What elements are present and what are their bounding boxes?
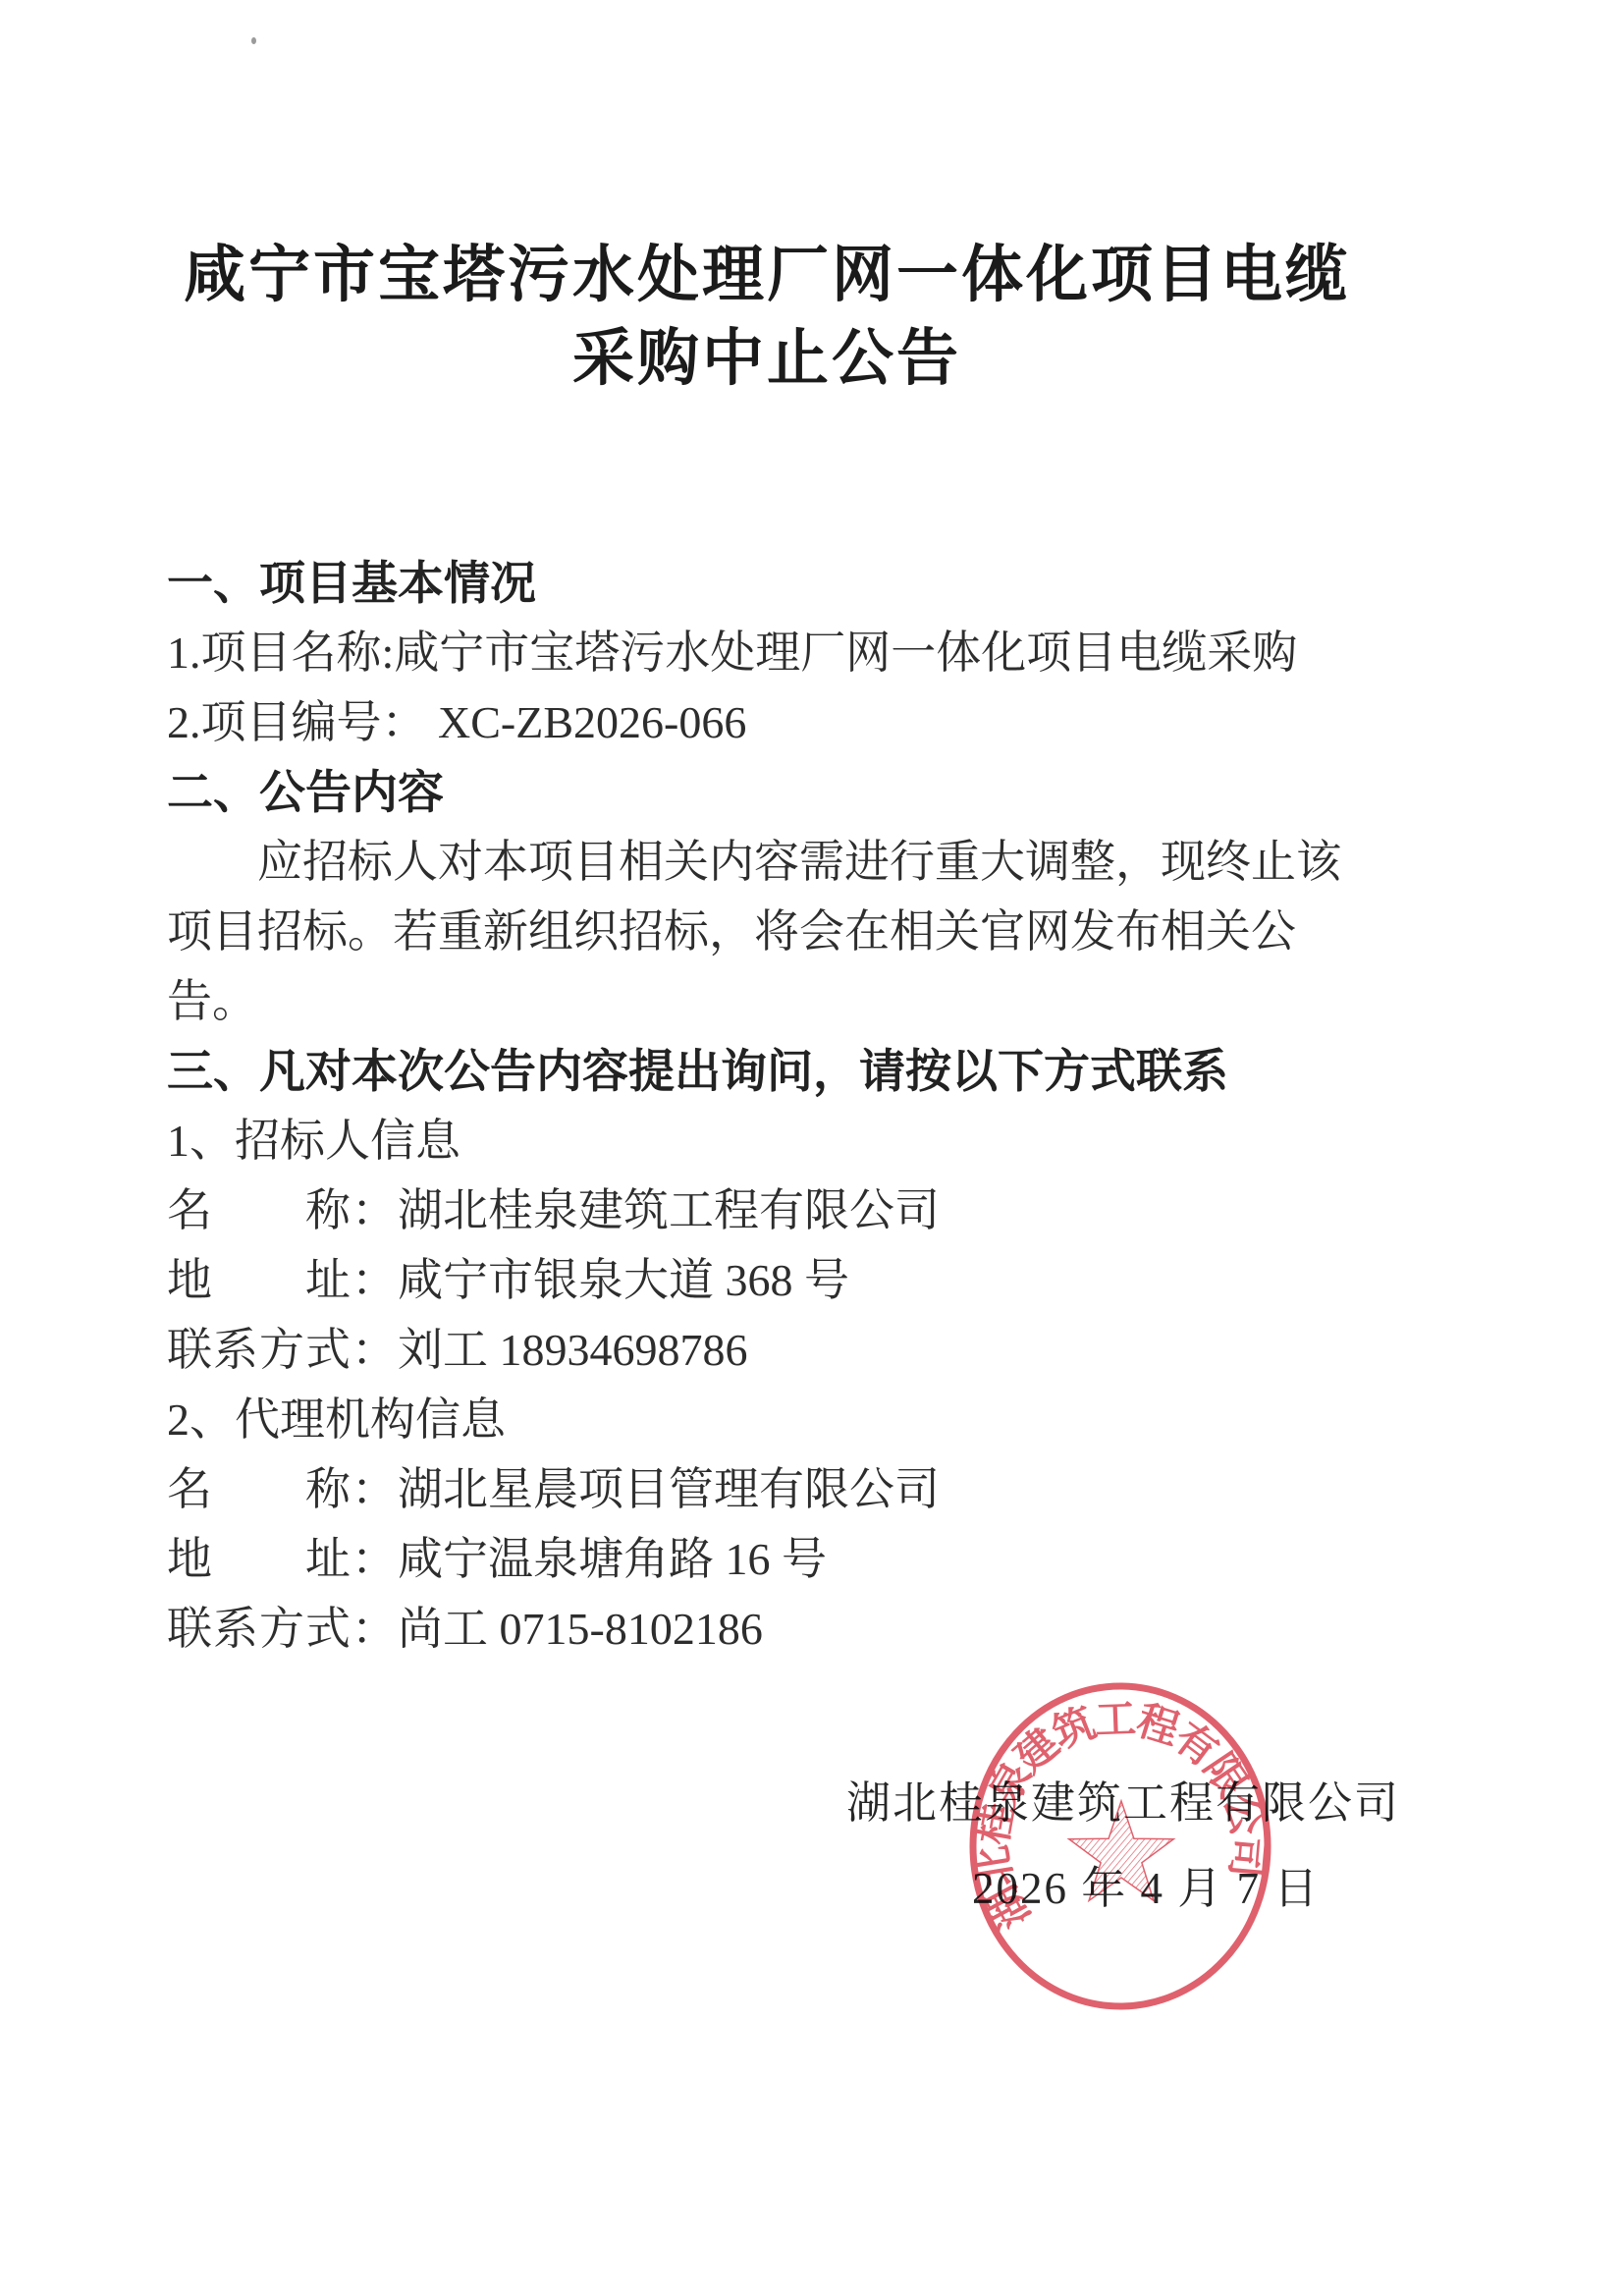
project-name-line: 1.项目名称:咸宁市宝塔污水处理厂网一体化项目电缆采购 [167,618,1367,687]
bidder-contact-value: 刘工 18934698786 [398,1325,748,1375]
document-page: 咸宁市宝塔污水处理厂网一体化项目电缆 采购中止公告 一、项目基本情况 1.项目名… [0,0,1623,2296]
agency-name-value: 湖北星晨项目管理有限公司 [398,1464,940,1514]
title-line-1: 咸宁市宝塔污水处理厂网一体化项目电缆 [167,234,1367,317]
bidder-info-heading: 1、招标人信息 [167,1106,1367,1175]
notice-paragraph-line-2: 项目招标。若重新组织招标，将会在相关官网发布相关公告。 [167,897,1367,1036]
section-1-heading: 一、项目基本情况 [167,548,1367,618]
agency-contact-value: 尚工 0715-8102186 [398,1604,763,1654]
bidder-name-label: 名 称： [167,1185,398,1235]
section-2-heading: 二、公告内容 [167,757,1367,827]
bidder-address-label: 地 址： [167,1255,398,1305]
agency-contact-row: 联系方式：尚工 0715-8102186 [167,1594,1367,1664]
section-3-heading: 三、凡对本次公告内容提出询问，请按以下方式联系 [167,1036,1367,1106]
title-line-2: 采购中止公告 [167,317,1367,401]
document-title: 咸宁市宝塔污水处理厂网一体化项目电缆 采购中止公告 [167,234,1367,401]
agency-name-row: 名 称：湖北星晨项目管理有限公司 [167,1454,1367,1524]
bidder-address-row: 地 址：咸宁市银泉大道 368 号 [167,1245,1367,1315]
bidder-contact-row: 联系方式：刘工 18934698786 [167,1315,1367,1385]
agency-address-value: 咸宁温泉塘角路 16 号 [398,1534,827,1584]
company-seal-stamp: 湖北桂泉建筑工程有限公司 [964,1679,1276,2013]
notice-paragraph-line-1: 应招标人对本项目相关内容需进行重大调整，现终止该 [167,827,1367,897]
agency-name-label: 名 称： [167,1464,398,1514]
bidder-contact-label: 联系方式： [167,1325,398,1375]
bidder-name-value: 湖北桂泉建筑工程有限公司 [398,1185,940,1235]
agency-address-label: 地 址： [167,1534,398,1584]
agency-info-heading: 2、代理机构信息 [167,1385,1367,1454]
agency-address-row: 地 址：咸宁温泉塘角路 16 号 [167,1524,1367,1594]
document-content: 咸宁市宝塔污水处理厂网一体化项目电缆 采购中止公告 一、项目基本情况 1.项目名… [167,0,1367,1664]
seal-star-icon [1069,1801,1174,1900]
bidder-address-value: 咸宁市银泉大道 368 号 [398,1255,849,1305]
agency-contact-label: 联系方式： [167,1604,398,1654]
bidder-name-row: 名 称：湖北桂泉建筑工程有限公司 [167,1175,1367,1245]
project-number-line: 2.项目编号： XC-ZB2026-066 [167,687,1367,757]
